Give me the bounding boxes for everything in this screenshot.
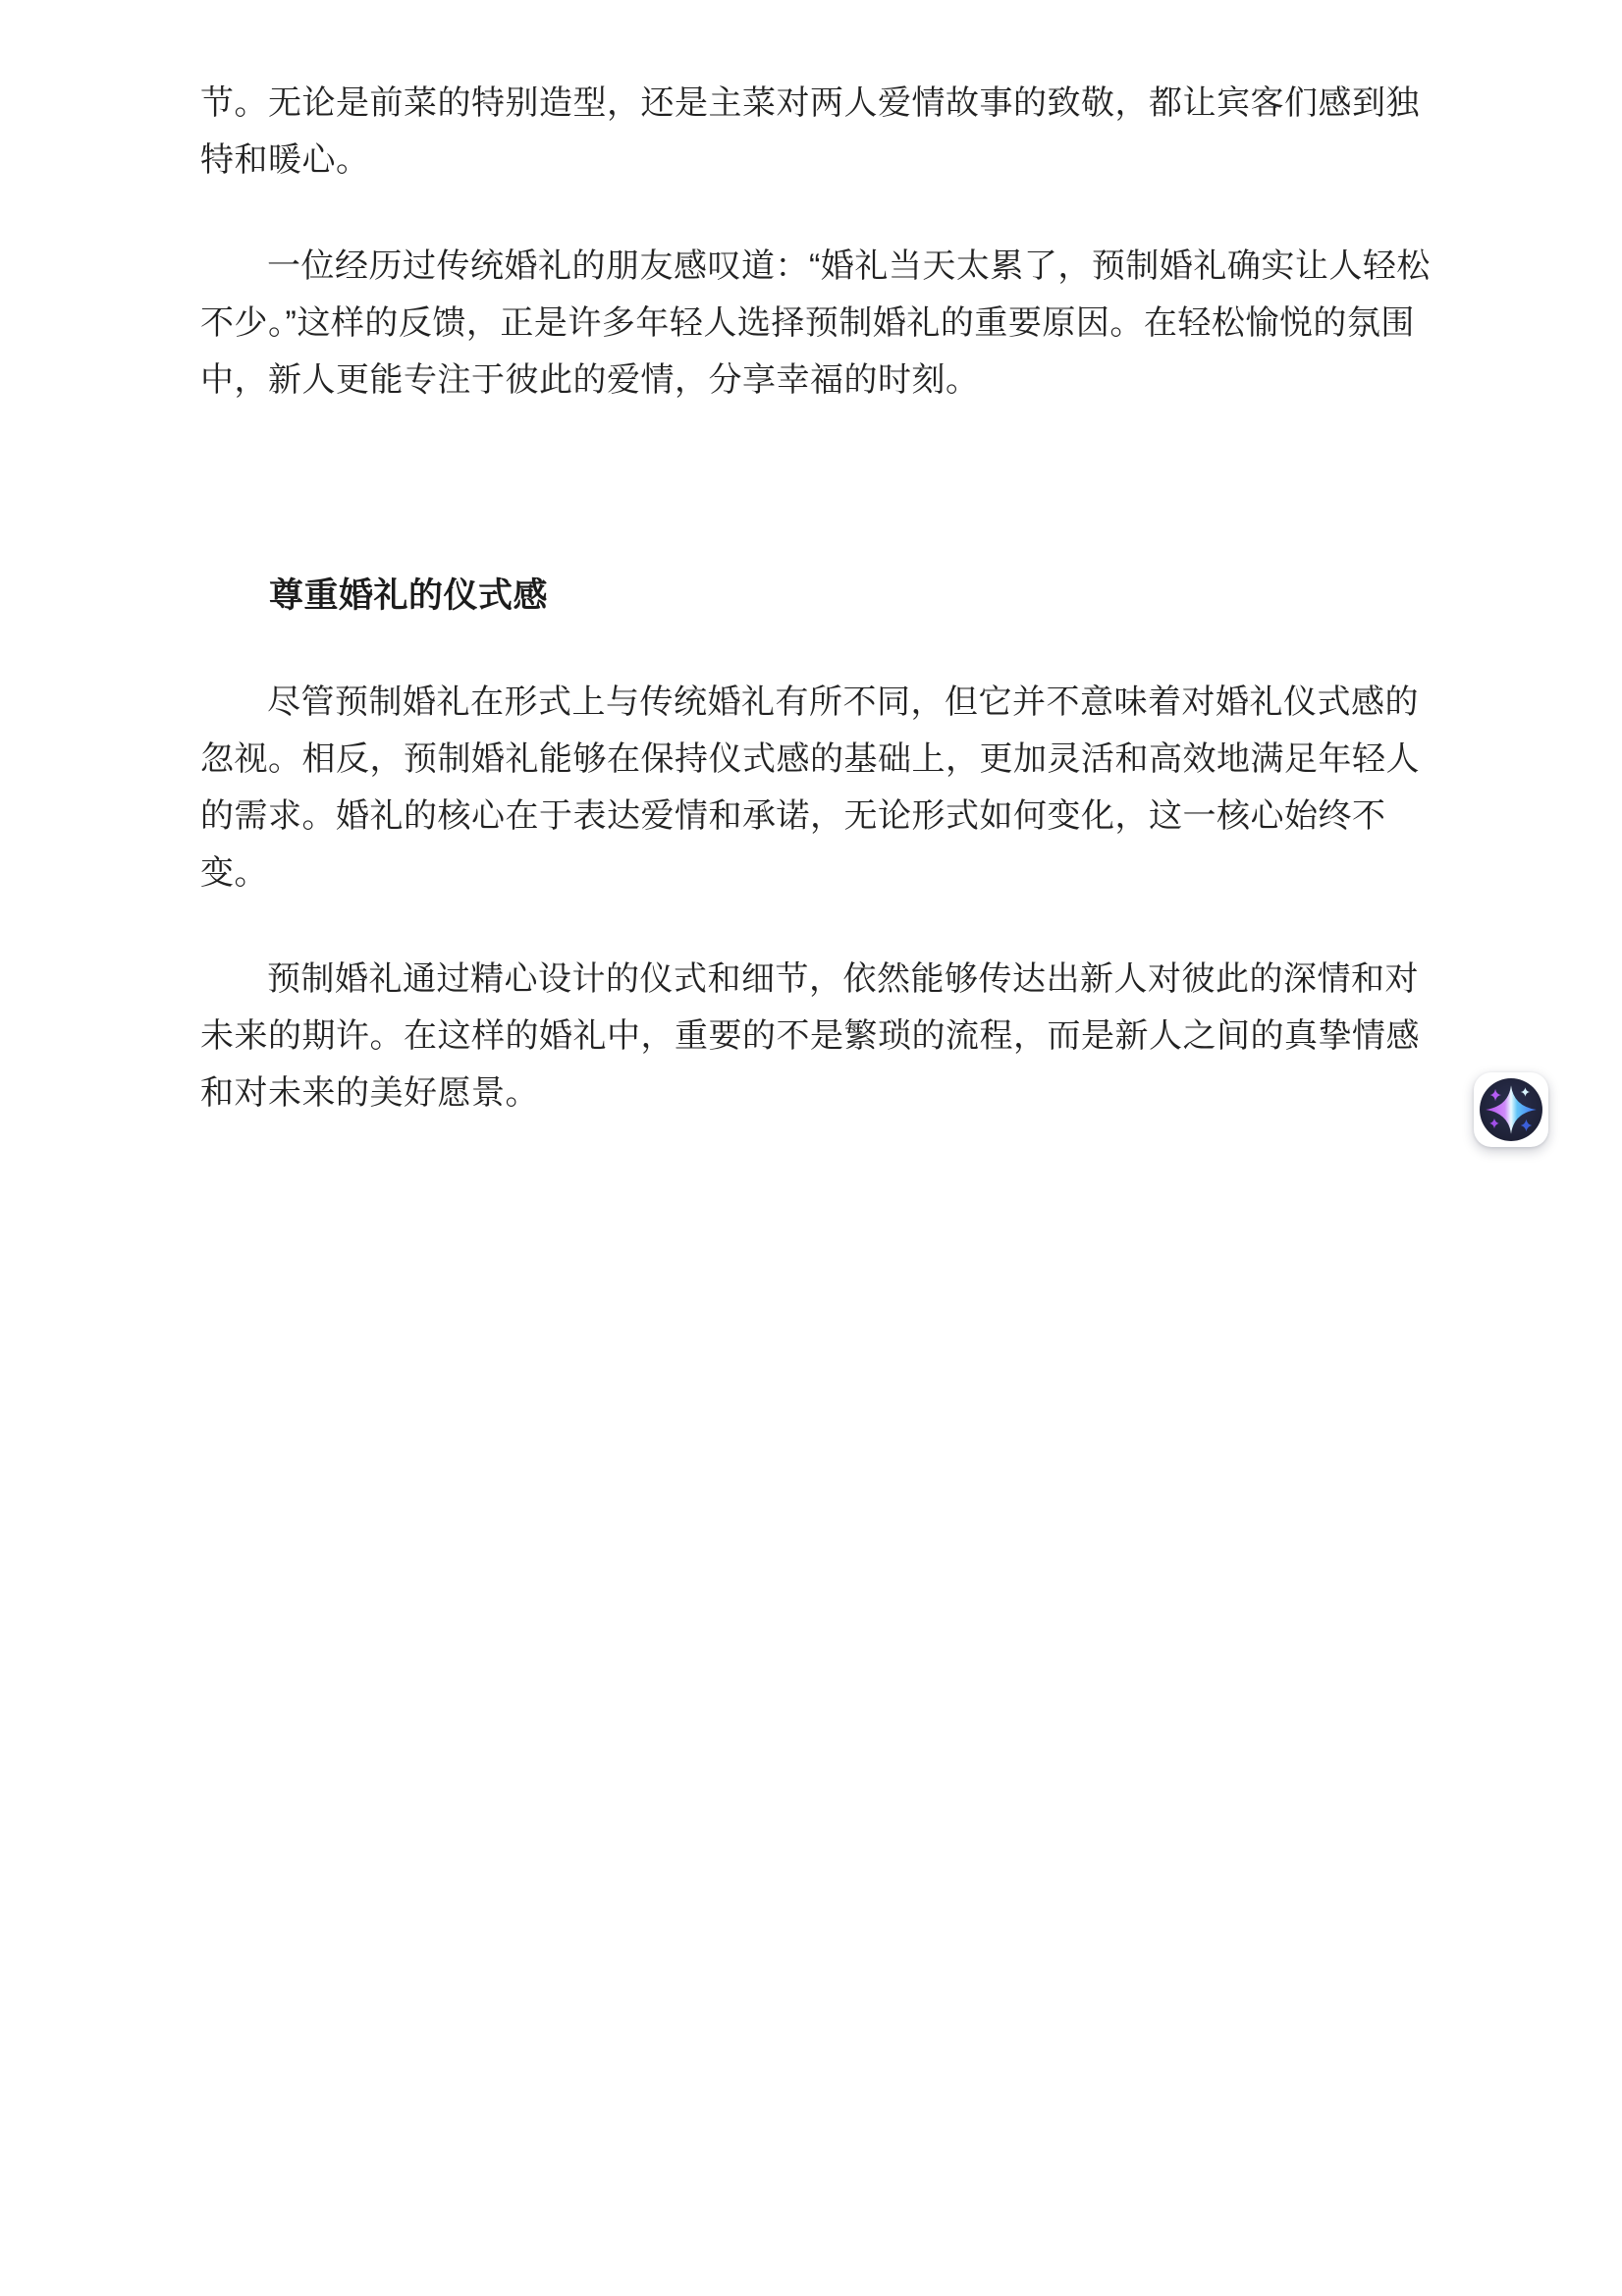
paragraph: 节。无论是前菜的特别造型，还是主菜对两人爱情故事的致敬，都让宾客们感到独 特和暖… [200, 75, 1447, 189]
document-page: 节。无论是前菜的特别造型，还是主菜对两人爱情故事的致敬，都让宾客们感到独 特和暖… [200, 75, 1447, 1171]
paragraph: 预制婚礼通过精心设计的仪式和细节，依然能够传达出新人对彼此的深情和对 未来的期许… [200, 951, 1447, 1121]
paragraph: 尽管预制婚礼在形式上与传统婚礼有所不同，但它并不意味着对婚礼仪式感的 忽视。相反… [200, 674, 1447, 902]
section-heading: 尊重婚礼的仪式感 [200, 568, 1447, 625]
sparkle-star-icon [1479, 1077, 1543, 1142]
paragraph: 一位经历过传统婚礼的朋友感叹道：“婚礼当天太累了，预制婚礼确实让人轻松 不少。”… [200, 238, 1447, 409]
ai-assistant-button[interactable] [1474, 1072, 1548, 1147]
